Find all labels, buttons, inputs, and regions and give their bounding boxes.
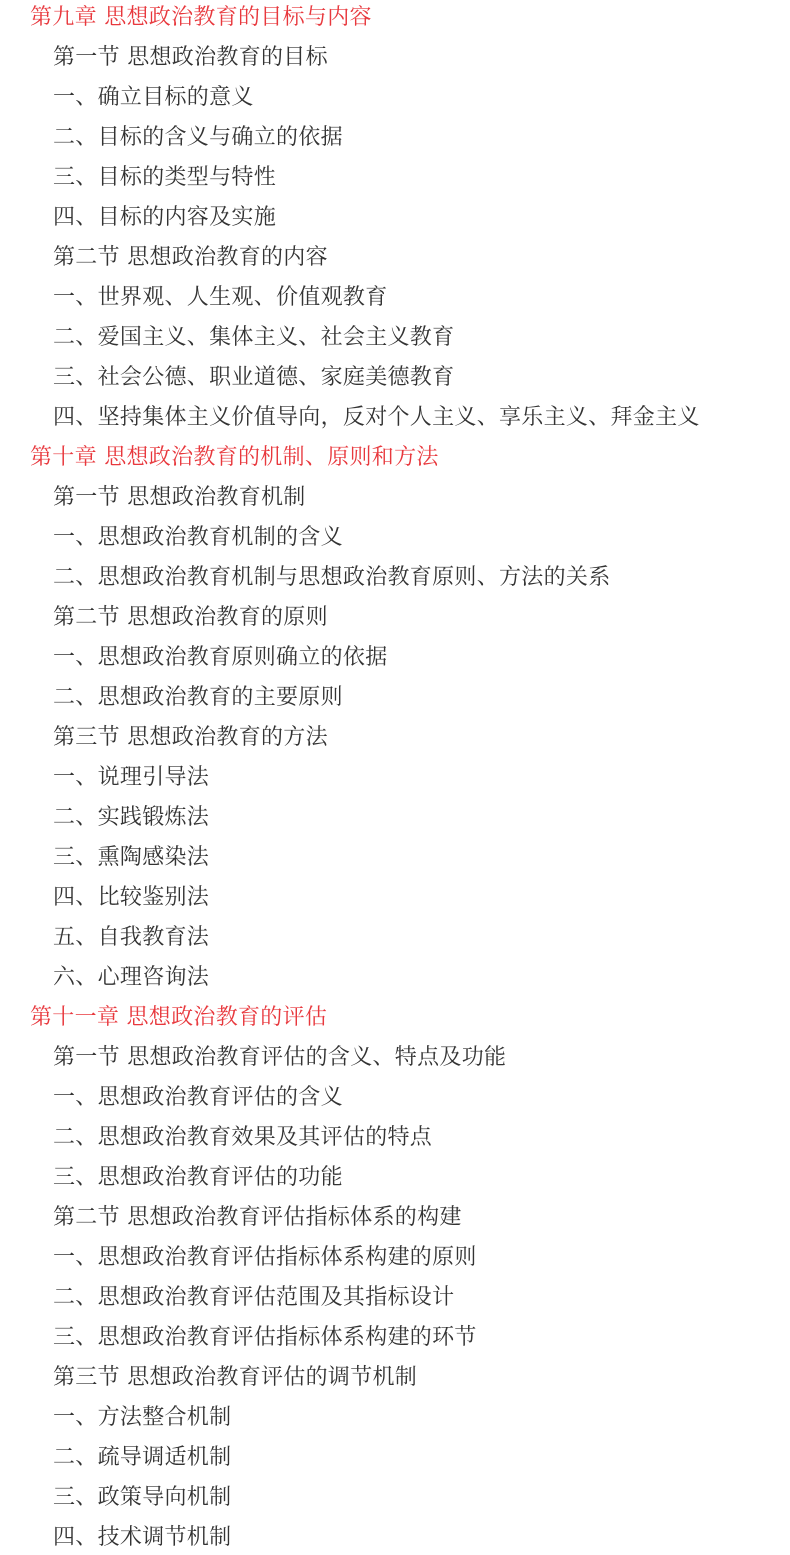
section-heading: 第三节 思想政治教育评估的调节机制: [0, 1360, 790, 1400]
list-item: 一、思想政治教育机制的含义: [0, 520, 790, 560]
list-item: 三、政策导向机制: [0, 1480, 790, 1520]
list-item: 三、熏陶感染法: [0, 840, 790, 880]
list-item: 四、目标的内容及实施: [0, 200, 790, 240]
list-item: 一、方法整合机制: [0, 1400, 790, 1440]
list-item: 四、技术调节机制: [0, 1520, 790, 1555]
section-heading: 第二节 思想政治教育的原则: [0, 600, 790, 640]
list-item: 四、比较鉴别法: [0, 880, 790, 920]
list-item: 三、目标的类型与特性: [0, 160, 790, 200]
list-item: 五、自我教育法: [0, 920, 790, 960]
chapter-heading: 第九章 思想政治教育的目标与内容: [0, 0, 790, 40]
list-item: 二、目标的含义与确立的依据: [0, 120, 790, 160]
section-heading: 第三节 思想政治教育的方法: [0, 720, 790, 760]
list-item: 一、思想政治教育原则确立的依据: [0, 640, 790, 680]
section-heading: 第一节 思想政治教育评估的含义、特点及功能: [0, 1040, 790, 1080]
chapter-heading: 第十章 思想政治教育的机制、原则和方法: [0, 440, 790, 480]
list-item: 六、心理咨询法: [0, 960, 790, 1000]
list-item: 一、确立目标的意义: [0, 80, 790, 120]
section-heading: 第二节 思想政治教育评估指标体系的构建: [0, 1200, 790, 1240]
list-item: 一、说理引导法: [0, 760, 790, 800]
list-item: 二、爱国主义、集体主义、社会主义教育: [0, 320, 790, 360]
list-item: 一、思想政治教育评估指标体系构建的原则: [0, 1240, 790, 1280]
table-of-contents: 第九章 思想政治教育的目标与内容第一节 思想政治教育的目标一、确立目标的意义二、…: [0, 0, 790, 1555]
list-item: 二、思想政治教育评估范围及其指标设计: [0, 1280, 790, 1320]
list-item: 二、疏导调适机制: [0, 1440, 790, 1480]
list-item: 四、坚持集体主义价值导向，反对个人主义、享乐主义、拜金主义: [0, 400, 790, 440]
list-item: 二、思想政治教育机制与思想政治教育原则、方法的关系: [0, 560, 790, 600]
list-item: 二、思想政治教育的主要原则: [0, 680, 790, 720]
section-heading: 第一节 思想政治教育机制: [0, 480, 790, 520]
section-heading: 第一节 思想政治教育的目标: [0, 40, 790, 80]
list-item: 三、思想政治教育评估指标体系构建的环节: [0, 1320, 790, 1360]
list-item: 二、实践锻炼法: [0, 800, 790, 840]
list-item: 一、思想政治教育评估的含义: [0, 1080, 790, 1120]
list-item: 二、思想政治教育效果及其评估的特点: [0, 1120, 790, 1160]
list-item: 一、世界观、人生观、价值观教育: [0, 280, 790, 320]
section-heading: 第二节 思想政治教育的内容: [0, 240, 790, 280]
list-item: 三、社会公德、职业道德、家庭美德教育: [0, 360, 790, 400]
list-item: 三、思想政治教育评估的功能: [0, 1160, 790, 1200]
chapter-heading: 第十一章 思想政治教育的评估: [0, 1000, 790, 1040]
